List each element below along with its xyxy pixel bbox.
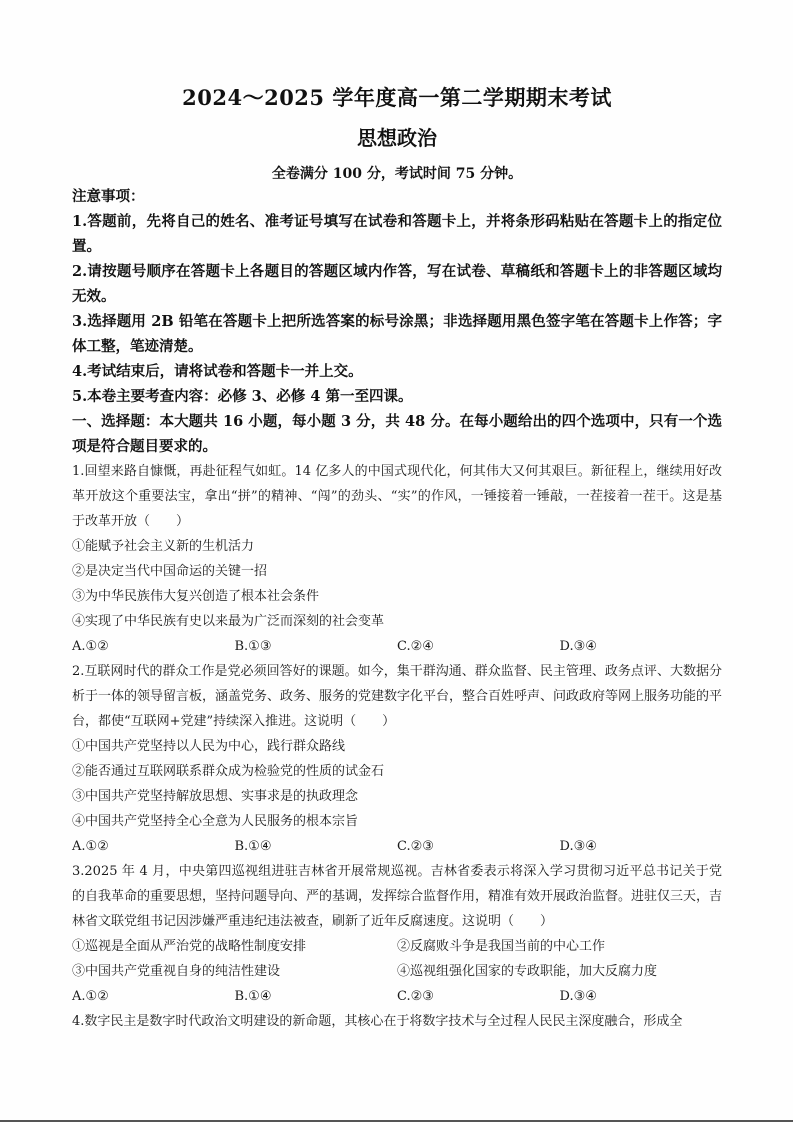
exam-title: 2024～2025 学年度高一第二学期期末考试 (72, 84, 722, 112)
choice-b: B.①④ (235, 834, 398, 859)
choice-d: D.③④ (560, 634, 723, 659)
statement: ③为中华民族伟大复兴创造了根本社会条件 (72, 584, 722, 609)
question-3: 3.2025 年 4 月，中央第四巡视组进驻吉林省开展常规巡视。吉林省委表示将深… (72, 859, 722, 1009)
notice-heading: 注意事项： (72, 184, 722, 209)
exam-page: 2024～2025 学年度高一第二学期期末考试 思想政治 全卷满分 100 分，… (0, 0, 793, 1122)
question-stem: 2.互联网时代的群众工作是党必须回答好的课题。如今，集干群沟通、群众监督、民主管… (72, 659, 722, 734)
answer-choices: A.①② B.①④ C.②③ D.③④ (72, 834, 722, 859)
page-content: 2024～2025 学年度高一第二学期期末考试 思想政治 全卷满分 100 分，… (72, 84, 722, 1034)
choice-d: D.③④ (560, 834, 723, 859)
statement: ②反腐败斗争是我国当前的中心工作 (397, 934, 722, 959)
statement: ③中国共产党重视自身的纯洁性建设 (72, 959, 397, 984)
question-4: 4.数字民主是数字时代政治文明建设的新命题，其核心在于将数字技术与全过程人民民主… (72, 1009, 722, 1034)
statement: ②能否通过互联网联系群众成为检验党的性质的试金石 (72, 759, 722, 784)
statement: ①能赋予社会主义新的生机活力 (72, 534, 722, 559)
statement: ①中国共产党坚持以人民为中心，践行群众路线 (72, 734, 722, 759)
question-stem: 4.数字民主是数字时代政治文明建设的新命题，其核心在于将数字技术与全过程人民民主… (72, 1009, 722, 1034)
notice-item: 3.选择题用 2B 铅笔在答题卡上把所选答案的标号涂黑；非选择题用黑色签字笔在答… (72, 309, 722, 359)
statement: ④实现了中华民族有史以来最为广泛而深刻的社会变革 (72, 609, 722, 634)
notice-item: 2.请按题号顺序在答题卡上各题目的答题区域内作答，写在试卷、草稿纸和答题卡上的非… (72, 259, 722, 309)
choice-c: C.②④ (397, 634, 560, 659)
answer-choices: A.①② B.①③ C.②④ D.③④ (72, 634, 722, 659)
statement-row: ③中国共产党重视自身的纯洁性建设 ④巡视组强化国家的专政职能，加大反腐力度 (72, 959, 722, 984)
choice-a: A.①② (72, 634, 235, 659)
statement: ③中国共产党坚持解放思想、实事求是的执政理念 (72, 784, 722, 809)
choice-b: B.①③ (235, 634, 398, 659)
answer-choices: A.①② B.①④ C.②③ D.③④ (72, 984, 722, 1009)
exam-info: 全卷满分 100 分，考试时间 75 分钟。 (72, 164, 722, 184)
question-stem: 3.2025 年 4 月，中央第四巡视组进驻吉林省开展常规巡视。吉林省委表示将深… (72, 859, 722, 934)
choice-a: A.①② (72, 834, 235, 859)
section-heading: 一、选择题：本大题共 16 小题，每小题 3 分，共 48 分。在每小题给出的四… (72, 409, 722, 459)
statement-row: ①巡视是全面从严治党的战略性制度安排 ②反腐败斗争是我国当前的中心工作 (72, 934, 722, 959)
exam-subject: 思想政治 (72, 124, 722, 152)
choice-a: A.①② (72, 984, 235, 1009)
notice-item: 1.答题前，先将自己的姓名、准考证号填写在试卷和答题卡上，并将条形码粘贴在答题卡… (72, 209, 722, 259)
notice-item: 4.考试结束后，请将试卷和答题卡一并上交。 (72, 359, 722, 384)
notice-item: 5.本卷主要考查内容：必修 3、必修 4 第一至四课。 (72, 384, 722, 409)
choice-c: C.②③ (397, 984, 560, 1009)
statement: ①巡视是全面从严治党的战略性制度安排 (72, 934, 397, 959)
question-1: 1.回望来路自慷慨，再赴征程气如虹。14 亿多人的中国式现代化，何其伟大又何其艰… (72, 459, 722, 659)
choice-d: D.③④ (560, 984, 723, 1009)
statement: ②是决定当代中国命运的关键一招 (72, 559, 722, 584)
choice-c: C.②③ (397, 834, 560, 859)
choice-b: B.①④ (235, 984, 398, 1009)
statement: ④中国共产党坚持全心全意为人民服务的根本宗旨 (72, 809, 722, 834)
statement: ④巡视组强化国家的专政职能，加大反腐力度 (397, 959, 722, 984)
question-stem: 1.回望来路自慷慨，再赴征程气如虹。14 亿多人的中国式现代化，何其伟大又何其艰… (72, 459, 722, 534)
question-2: 2.互联网时代的群众工作是党必须回答好的课题。如今，集干群沟通、群众监督、民主管… (72, 659, 722, 859)
